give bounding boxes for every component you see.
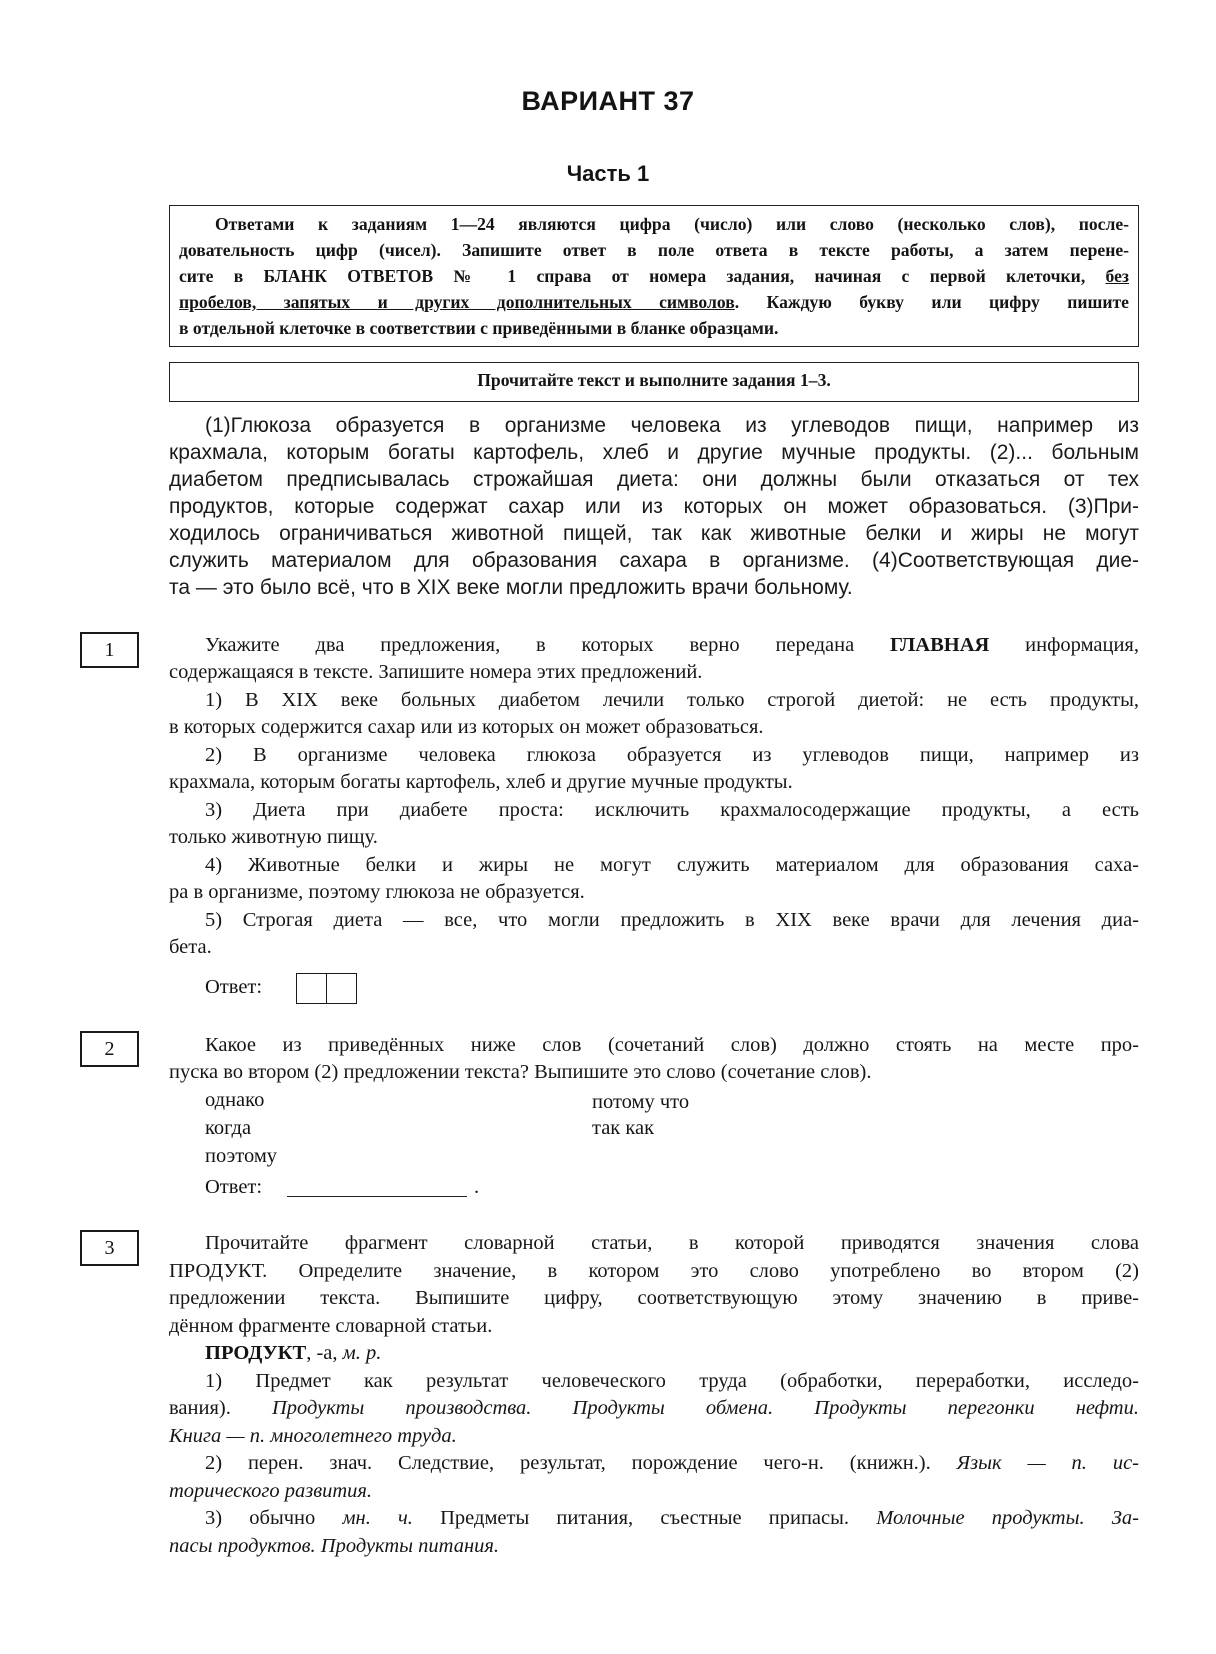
question-2-prompt: Какое из приведённых ниже слов (сочетани…	[169, 1034, 1139, 1057]
part-title: Часть 1	[0, 161, 1216, 187]
word-option: когда	[205, 1117, 251, 1140]
word-option: поэтому	[205, 1145, 277, 1168]
question-3-prompt: предложении текста. Выпишите цифру, соот…	[169, 1287, 1139, 1310]
definition-line: торического развития.	[169, 1480, 1139, 1503]
answer-period: .	[474, 1176, 479, 1199]
question-1-option: 4) Животные белки и жиры не могут служит…	[169, 854, 1139, 877]
question-1-option: ра в организме, поэтому глюкоза не образ…	[169, 881, 1139, 904]
passage-line: служить материалом для образования сахар…	[169, 549, 1139, 573]
question-1-option: 2) В организме человека глюкоза образует…	[169, 744, 1139, 767]
answer-cell[interactable]	[296, 973, 327, 1004]
emphasis-text: ГЛАВНАЯ	[890, 634, 989, 656]
definition-line: 1) Предмет как результат человеческого т…	[169, 1370, 1139, 1393]
question-number-3: 3	[80, 1230, 139, 1266]
question-3-prompt: дённом фрагменте словарной статьи.	[169, 1315, 1139, 1338]
instructions-line: в отдельной клеточке в соответствии с пр…	[179, 318, 1129, 339]
underlined-text: без	[1106, 266, 1129, 286]
definition-line: вания). Продукты производства. Продукты …	[169, 1397, 1139, 1420]
dictionary-entry-head: ПРОДУКТ, -а, м. р.	[205, 1342, 381, 1365]
passage-line: диабетом предписывалась строжайшая диета…	[169, 468, 1139, 492]
passage-line: ходилось ограничиваться животной пищей, …	[169, 522, 1139, 546]
underlined-text: пробелов, запятых и других дополнительны…	[179, 292, 735, 312]
passage-line: (1)Глюкоза образуется в организме челове…	[169, 414, 1139, 438]
answer-cell[interactable]	[326, 973, 357, 1004]
question-1-option: 1) В XIX веке больных диабетом лечили то…	[169, 689, 1139, 712]
word-option: так как	[592, 1117, 654, 1140]
question-1-option: 5) Строгая диета — все, что могли предло…	[169, 909, 1139, 932]
question-1-option: в которых содержится сахар или из которы…	[169, 716, 1139, 739]
word-option: потому что	[592, 1091, 689, 1114]
headword: ПРОДУКТ	[205, 1342, 306, 1364]
question-3-prompt: ПРОДУКТ. Определите значение, в котором …	[169, 1260, 1139, 1283]
question-2-answer-label: Ответ:	[205, 1176, 262, 1199]
instructions-line: Ответами к заданиям 1—24 являются цифра …	[179, 214, 1129, 235]
question-1-prompt: Укажите два предложения, в которых верно…	[169, 634, 1139, 657]
definition-line: Книга — п. многолетнего труда.	[169, 1425, 1139, 1448]
question-1-answer-label: Ответ:	[205, 976, 262, 999]
passage-line: продуктов, которые содержат сахар или из…	[169, 495, 1139, 519]
question-2-prompt: пуска во втором (2) предложении текста? …	[169, 1061, 1139, 1084]
definition-line: 2) перен. знач. Следствие, результат, по…	[169, 1452, 1139, 1475]
definition-line: 3) обычно мн. ч. Предметы питания, съест…	[169, 1507, 1139, 1530]
instructions-line: сите в БЛАНК ОТВЕТОВ № 1 справа от номер…	[179, 266, 1129, 287]
question-1-option: бета.	[169, 936, 1139, 959]
question-1-option: крахмала, которым богаты картофель, хлеб…	[169, 771, 1139, 794]
question-number-2: 2	[80, 1031, 139, 1067]
question-number-1: 1	[80, 632, 139, 668]
question-1-option: 3) Диета при диабете проста: исключить к…	[169, 799, 1139, 822]
variant-title: ВАРИАНТ 37	[0, 86, 1216, 117]
passage-line: крахмала, которым богаты картофель, хлеб…	[169, 441, 1139, 465]
word-option: однако	[205, 1089, 264, 1112]
instructions-line: пробелов, запятых и других дополнительны…	[179, 292, 1129, 313]
read-instruction: Прочитайте текст и выполните задания 1–3…	[169, 370, 1139, 391]
question-1-option: только животную пищу.	[169, 826, 1139, 849]
instructions-line: довательность цифр (чисел). Запишите отв…	[179, 240, 1129, 261]
passage-line: та — это было всё, что в XIX веке могли …	[169, 576, 1139, 600]
definition-line: пасы продуктов. Продукты питания.	[169, 1535, 1139, 1558]
answer-field[interactable]	[287, 1196, 467, 1197]
question-1-prompt: содержащаяся в тексте. Запишите номера э…	[169, 661, 1139, 684]
question-3-prompt: Прочитайте фрагмент словарной статьи, в …	[169, 1232, 1139, 1255]
